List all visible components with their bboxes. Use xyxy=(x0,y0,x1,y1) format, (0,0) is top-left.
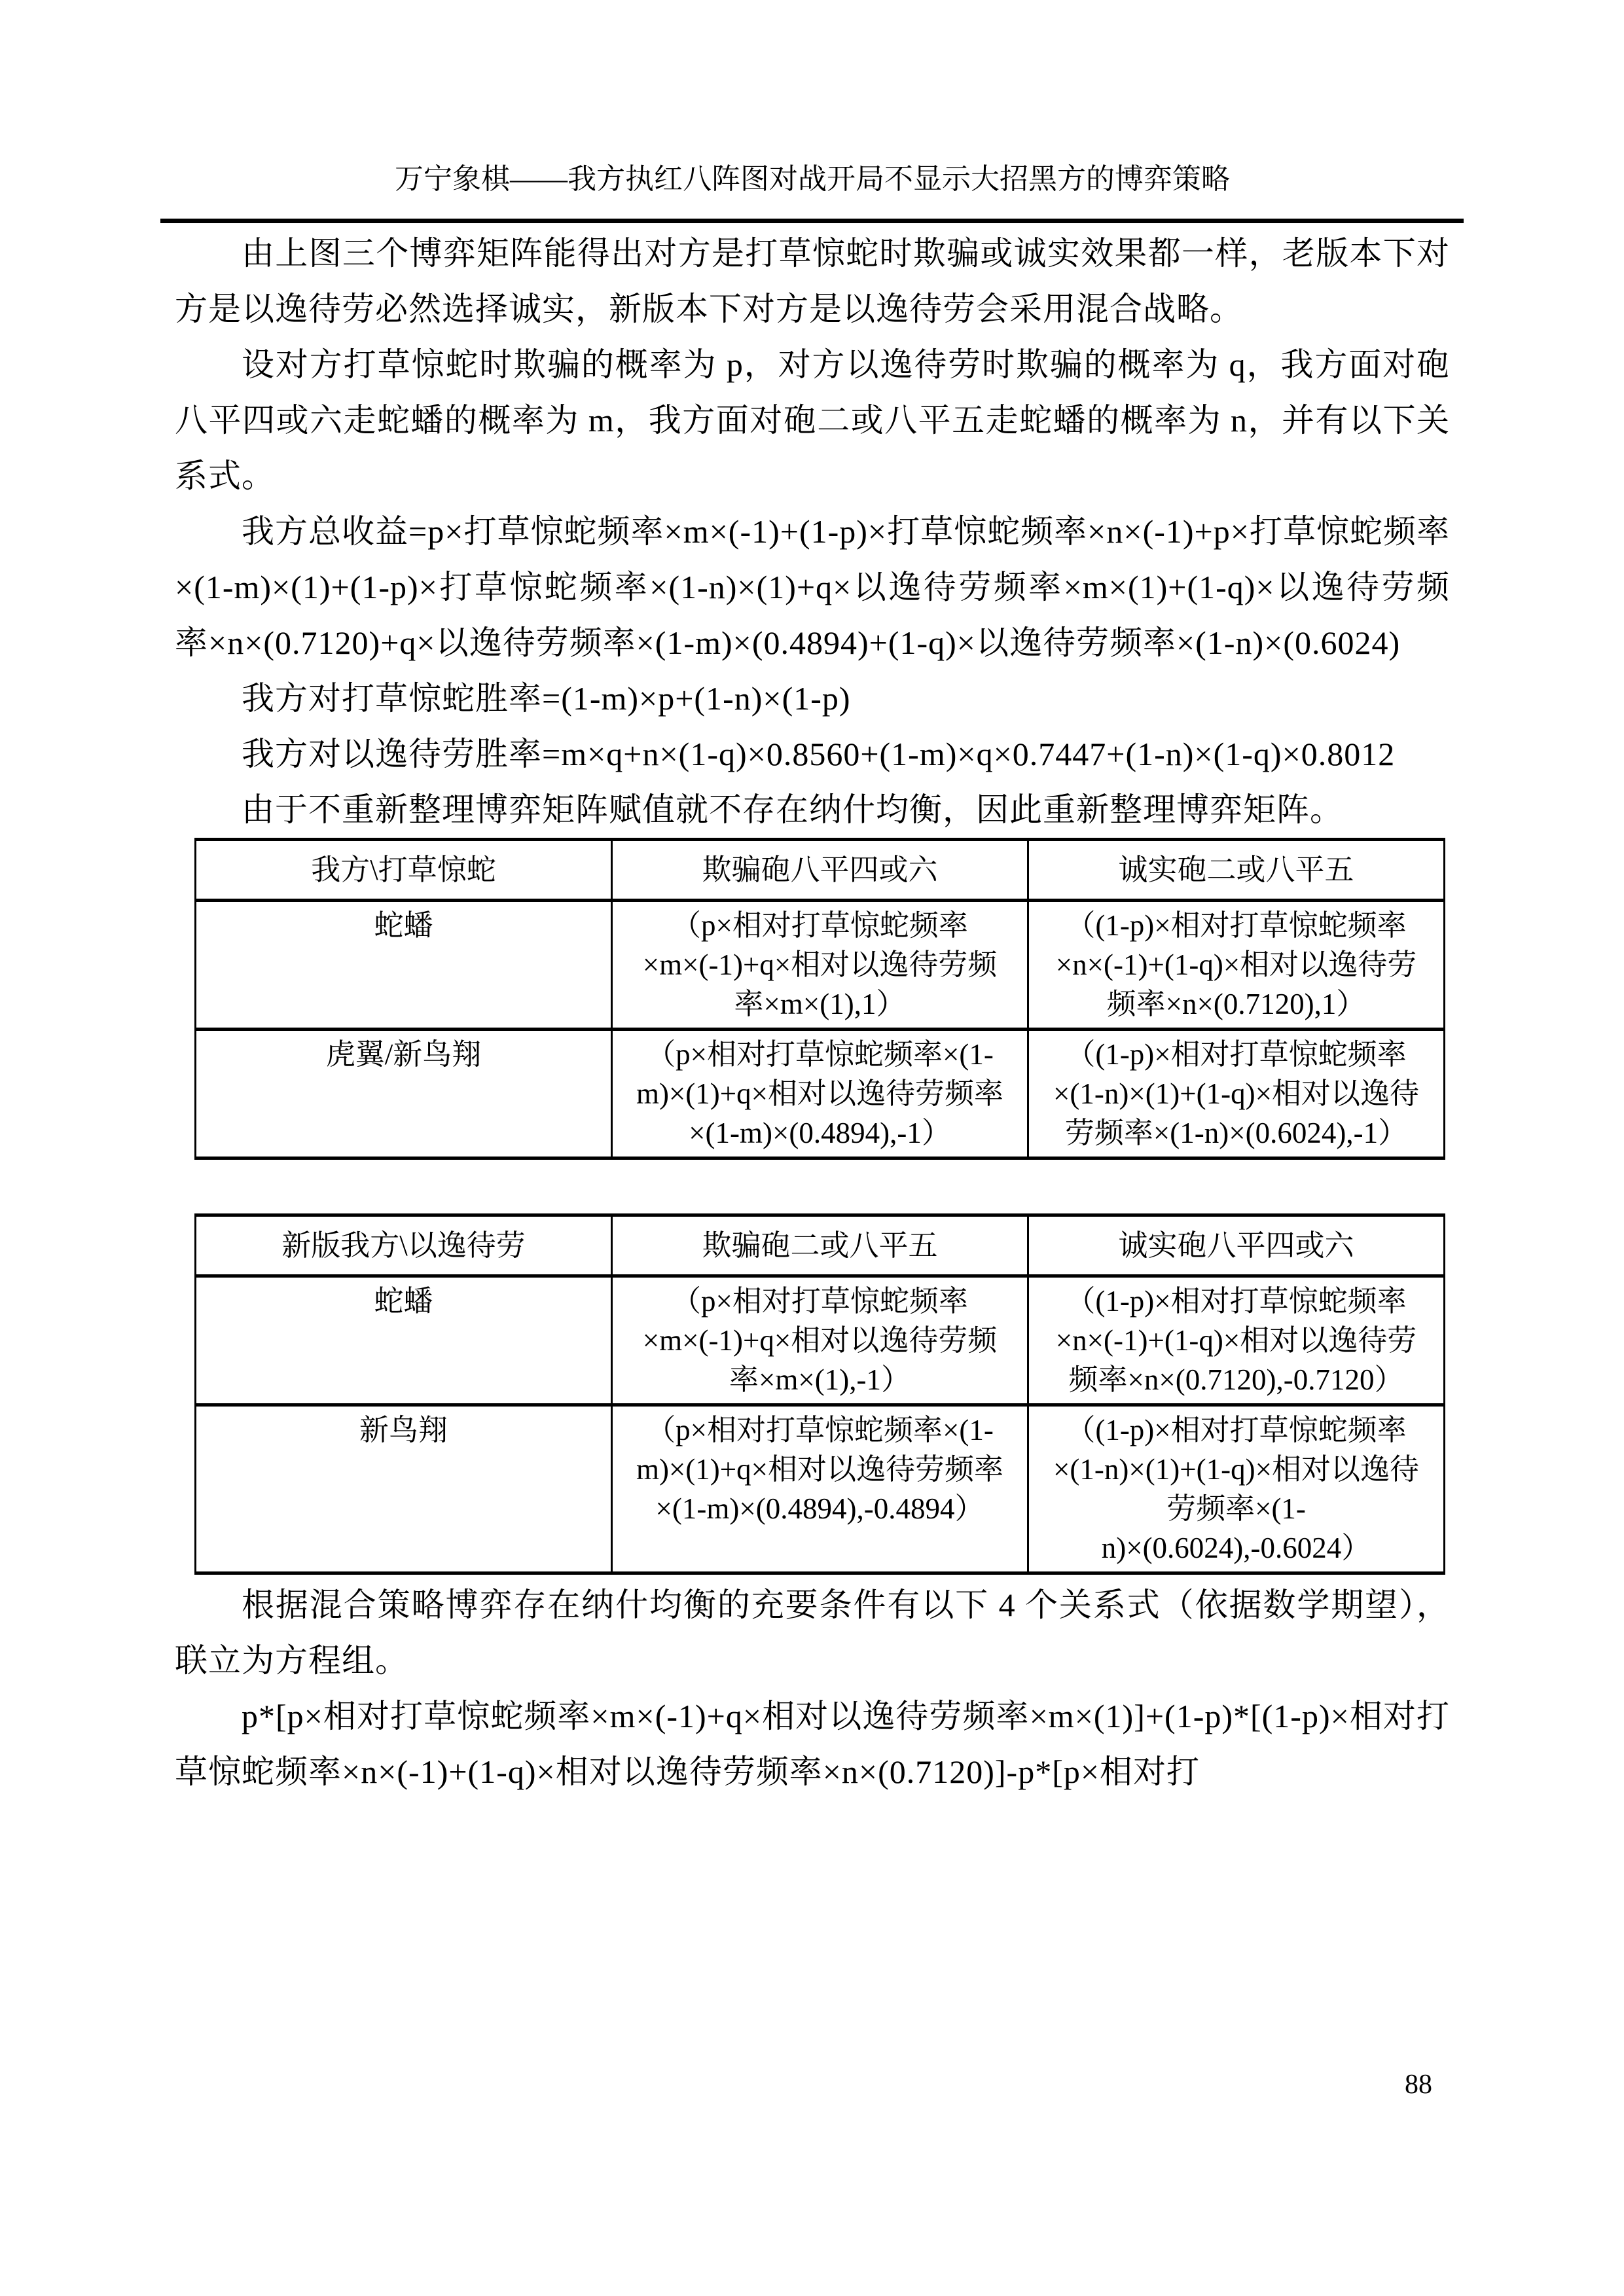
table-header-cell: 诚实砲八平四或六 xyxy=(1028,1215,1445,1276)
page-content: 万宁象棋——我方执红八阵图对战开局不显示大招黑方的博弈策略 由上图三个博弈矩阵能… xyxy=(175,161,1450,1800)
payoff-cell: （(1-p)×相对打草惊蛇频率×n×(-1)+(1-q)×相对以逸待劳频率×n×… xyxy=(1028,1276,1445,1405)
paragraph-equation-system: p*[p×相对打草惊蛇频率×m×(-1)+q×相对以逸待劳频率×m×(1)]+(… xyxy=(175,1689,1450,1800)
payoff-cell: （(1-p)×相对打草惊蛇频率×n×(-1)+(1-q)×相对以逸待劳频率×n×… xyxy=(1028,901,1445,1030)
table-header-cell: 欺骗砲二或八平五 xyxy=(612,1215,1028,1276)
paragraph-winrate-formula-1: 我方对打草惊蛇胜率=(1-m)×p+(1-n)×(1-p) xyxy=(175,671,1450,726)
paragraph-intro: 由上图三个博弈矩阵能得出对方是打草惊蛇时欺骗或诚实效果都一样，老版本下对方是以逸… xyxy=(175,226,1450,337)
table-header-cell: 诚实砲二或八平五 xyxy=(1028,840,1445,901)
table-header-row: 新版我方\以逸待劳 欺骗砲二或八平五 诚实砲八平四或六 xyxy=(196,1215,1445,1276)
payoff-cell: （p×相对打草惊蛇频率×(1-m)×(1)+q×相对以逸待劳频率×(1-m)×(… xyxy=(612,1030,1028,1158)
document-page: 万宁象棋——我方执红八阵图对战开局不显示大招黑方的博弈策略 由上图三个博弈矩阵能… xyxy=(0,0,1624,2296)
payoff-cell: （(1-p)×相对打草惊蛇频率×(1-n)×(1)+(1-q)×相对以逸待劳频率… xyxy=(1028,1030,1445,1158)
paragraph-probability-setup: 设对方打草惊蛇时欺骗的概率为 p，对方以逸待劳时欺骗的概率为 q，我方面对砲八平… xyxy=(175,337,1450,504)
paragraph-total-payoff-formula: 我方总收益=p×打草惊蛇频率×m×(-1)+(1-p)×打草惊蛇频率×n×(-1… xyxy=(175,504,1450,671)
table-header-cell: 我方\打草惊蛇 xyxy=(196,840,612,901)
row-label-cell: 虎翼/新鸟翔 xyxy=(196,1030,612,1158)
table-header-row: 我方\打草惊蛇 欺骗砲八平四或六 诚实砲二或八平五 xyxy=(196,840,1445,901)
header-rule xyxy=(160,219,1464,223)
payoff-cell: （(1-p)×相对打草惊蛇频率×(1-n)×(1)+(1-q)×相对以逸待劳频率… xyxy=(1028,1405,1445,1573)
page-header-title: 万宁象棋——我方执红八阵图对战开局不显示大招黑方的博弈策略 xyxy=(175,161,1450,198)
table-header-cell: 欺骗砲八平四或六 xyxy=(612,840,1028,901)
old-version-game-matrix-table: 我方\打草惊蛇 欺骗砲八平四或六 诚实砲二或八平五 蛇蟠 （p×相对打草惊蛇频率… xyxy=(194,838,1445,1160)
page-number: 88 xyxy=(1405,2068,1432,2101)
table-row: 蛇蟠 （p×相对打草惊蛇频率×m×(-1)+q×相对以逸待劳频率×m×(1),1… xyxy=(196,901,1445,1030)
new-version-game-matrix-table: 新版我方\以逸待劳 欺骗砲二或八平五 诚实砲八平四或六 蛇蟠 （p×相对打草惊蛇… xyxy=(194,1213,1445,1575)
paragraph-nash-conditions: 根据混合策略博弈存在纳什均衡的充要条件有以下 4 个关系式（依据数学期望），联立… xyxy=(175,1577,1450,1689)
paragraph-nash-rearrange: 由于不重新整理博弈矩阵赋值就不存在纳什均衡，因此重新整理博弈矩阵。 xyxy=(175,782,1450,838)
payoff-cell: （p×相对打草惊蛇频率×m×(-1)+q×相对以逸待劳频率×m×(1),-1） xyxy=(612,1276,1028,1405)
payoff-cell: （p×相对打草惊蛇频率×(1-m)×(1)+q×相对以逸待劳频率×(1-m)×(… xyxy=(612,1405,1028,1573)
payoff-cell: （p×相对打草惊蛇频率×m×(-1)+q×相对以逸待劳频率×m×(1),1） xyxy=(612,901,1028,1030)
table-row: 新鸟翔 （p×相对打草惊蛇频率×(1-m)×(1)+q×相对以逸待劳频率×(1-… xyxy=(196,1405,1445,1573)
table-row: 虎翼/新鸟翔 （p×相对打草惊蛇频率×(1-m)×(1)+q×相对以逸待劳频率×… xyxy=(196,1030,1445,1158)
table-header-cell: 新版我方\以逸待劳 xyxy=(196,1215,612,1276)
paragraph-winrate-formula-2: 我方对以逸待劳胜率=m×q+n×(1-q)×0.8560+(1-m)×q×0.7… xyxy=(175,726,1450,782)
row-label-cell: 蛇蟠 xyxy=(196,1276,612,1405)
row-label-cell: 蛇蟠 xyxy=(196,901,612,1030)
row-label-cell: 新鸟翔 xyxy=(196,1405,612,1573)
table-row: 蛇蟠 （p×相对打草惊蛇频率×m×(-1)+q×相对以逸待劳频率×m×(1),-… xyxy=(196,1276,1445,1405)
